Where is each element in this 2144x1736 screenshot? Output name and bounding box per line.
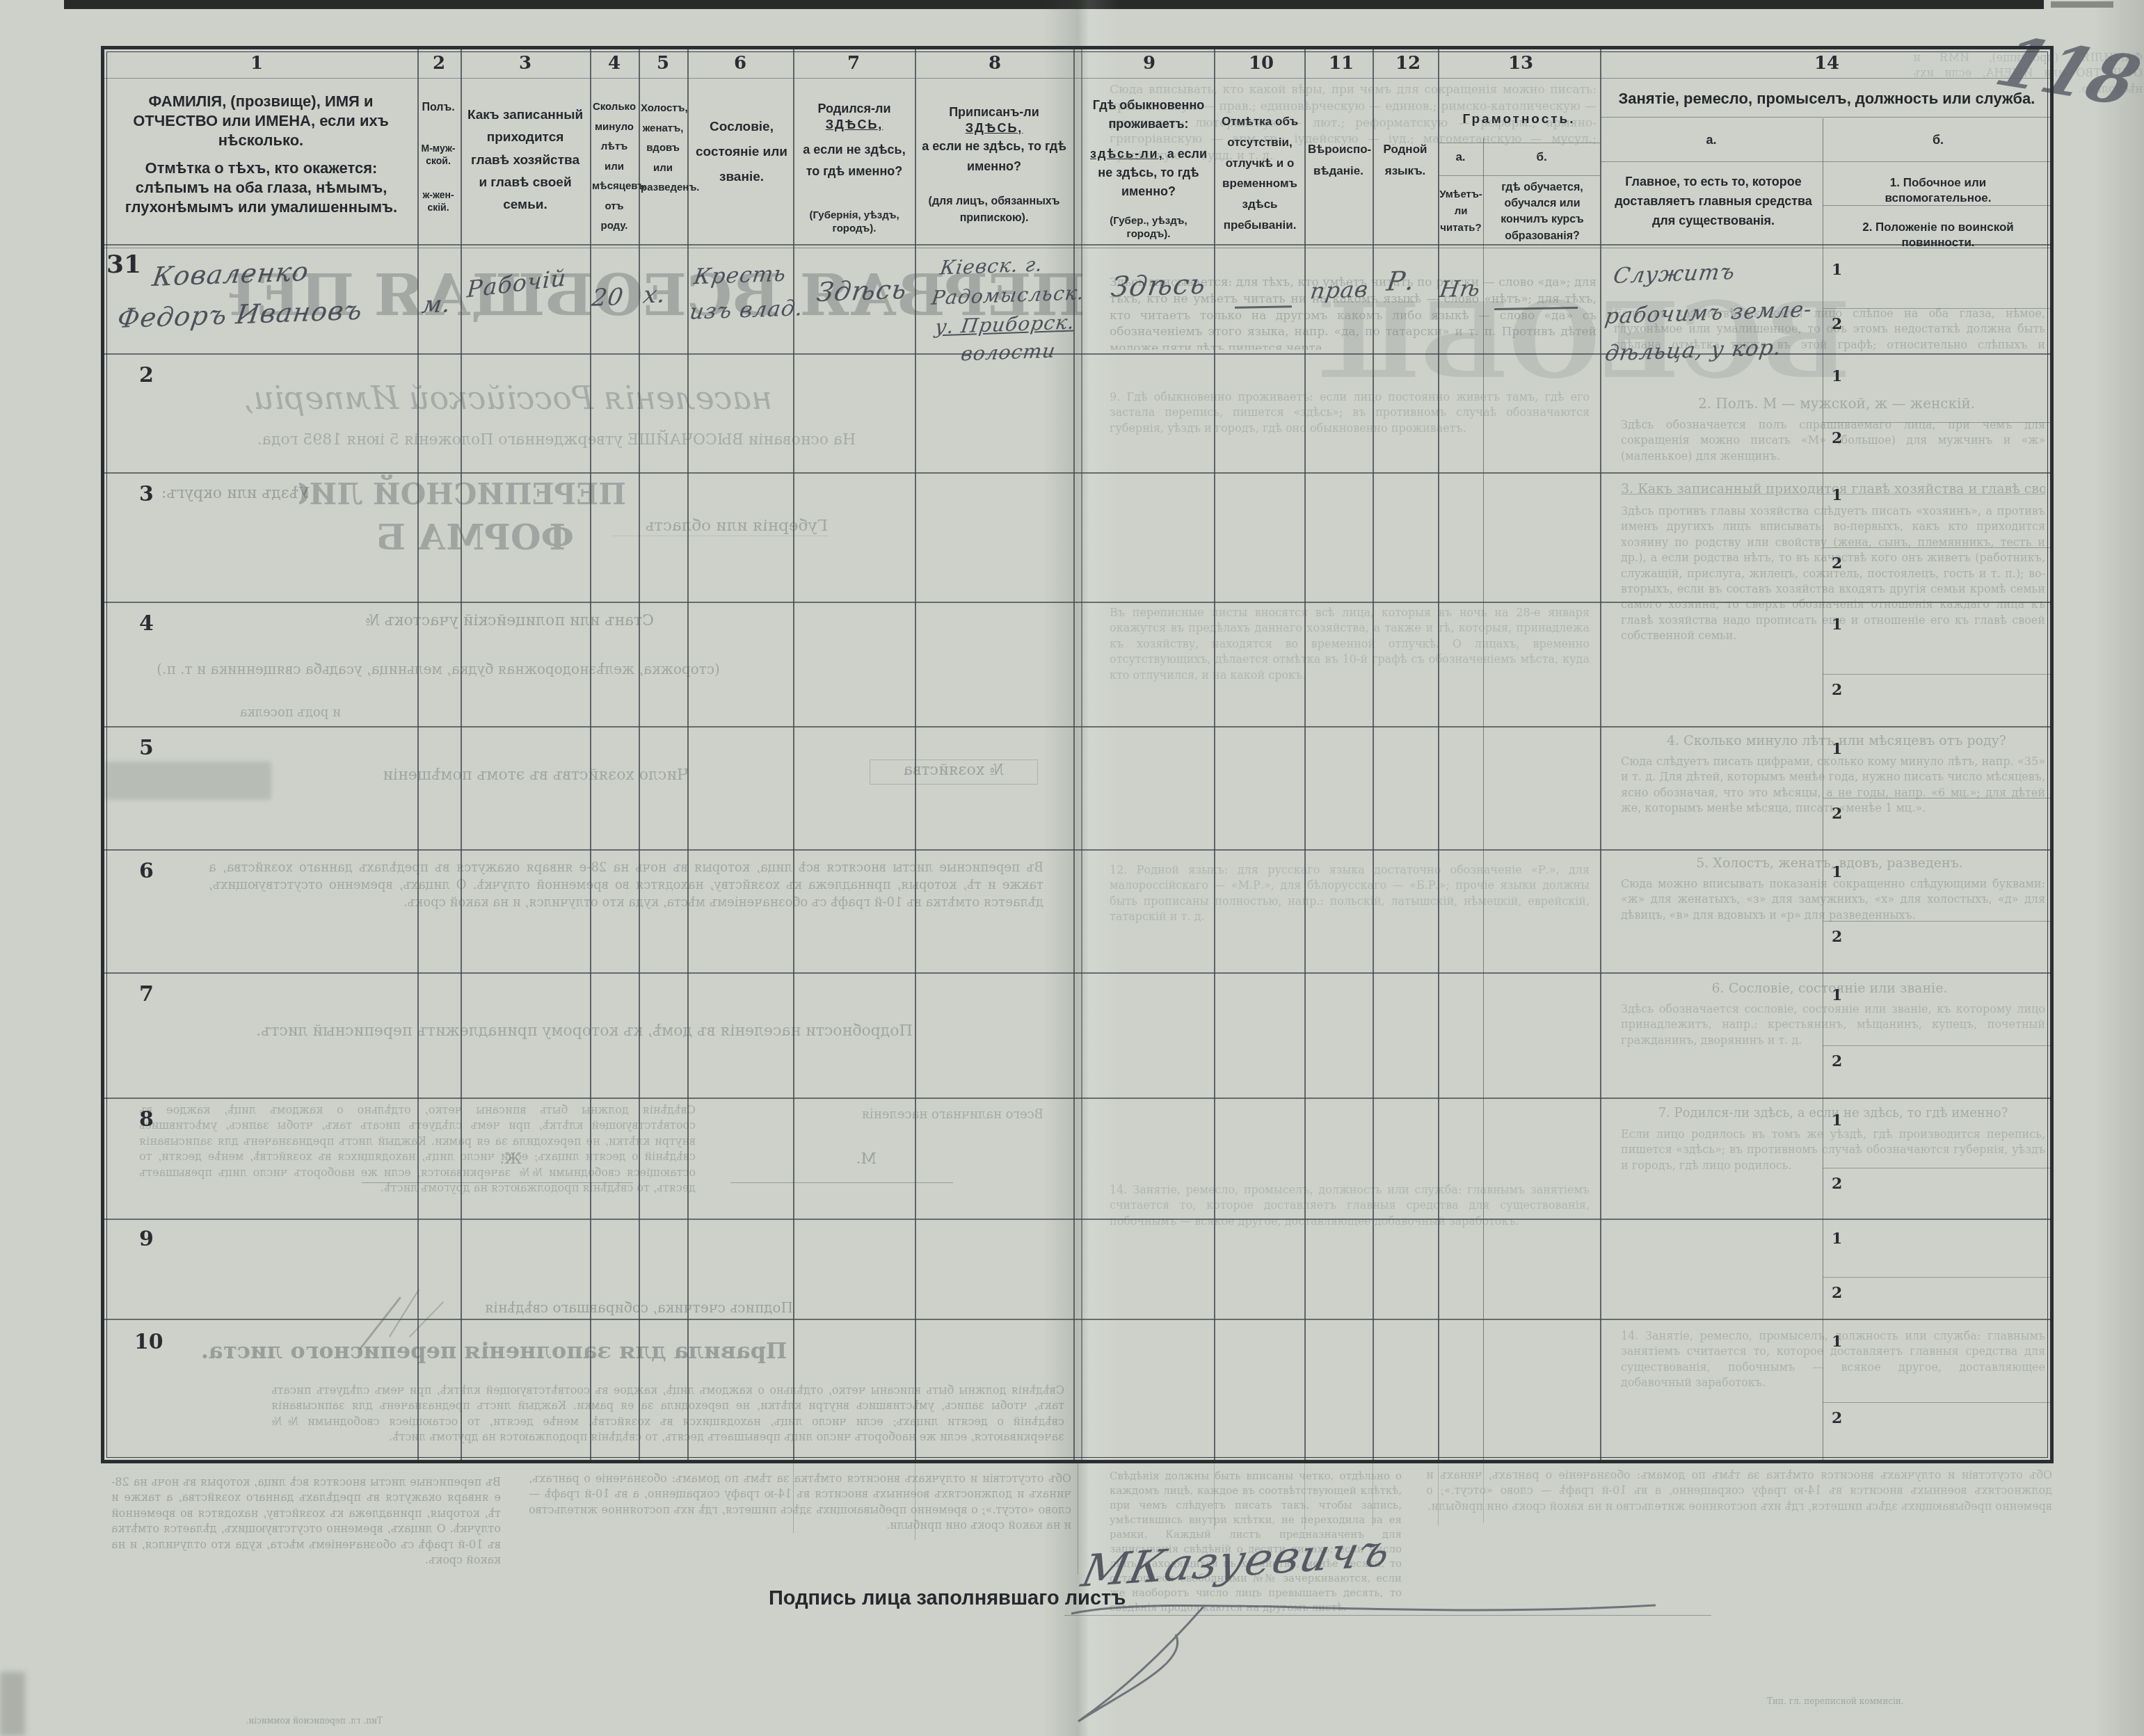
grid-stub: [1483, 1463, 1484, 1522]
signature-label: Подпись лица заполнявшаго листъ: [769, 1586, 1061, 1612]
grid-stub: [915, 1463, 915, 1540]
signature-flourish: [1030, 1523, 1760, 1732]
table-frame-inner: [106, 51, 2048, 1458]
bleed-imprint-left: Тип. гл. переписной коммисіи.: [104, 1715, 383, 1728]
grid-stub: [1438, 1463, 1439, 1526]
grid-stub: [1214, 1463, 1215, 1529]
ghost-imprint-right: Тип. гл. переписной коммисіи.: [1767, 1696, 1976, 1707]
bleed-bottom-left-col1: Въ переписные листы вносятся всѣ лица, к…: [111, 1474, 501, 1721]
bottom-left-smudge: [0, 1672, 25, 1736]
grid-stub: [793, 1463, 794, 1533]
table-frame: [101, 46, 2054, 1463]
grid-stub: [1304, 1463, 1305, 1529]
grid-stub: [1373, 1463, 1373, 1526]
right-edge-shade: [2094, 0, 2144, 1736]
